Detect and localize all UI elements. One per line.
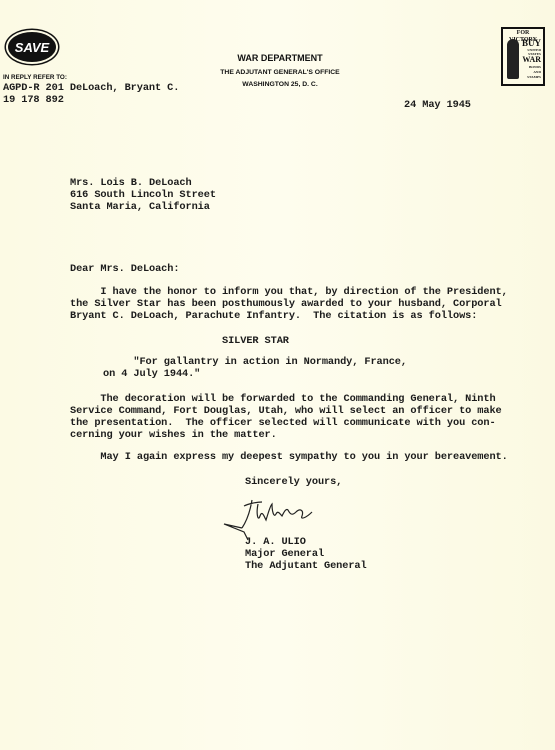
citation-line-1: "For gallantry in action in Normandy, Fr…: [103, 356, 407, 369]
reference-label: IN REPLY REFER TO:: [3, 74, 67, 81]
body-paragraph-1-line-2: the Silver Star has been posthumously aw…: [70, 298, 502, 311]
reference-file: AGPD-R 201 DeLoach, Bryant C.: [3, 82, 179, 95]
save-conservation-seal-icon: SAVE: [6, 30, 58, 64]
letterhead-department: WAR DEPARTMENT: [180, 53, 380, 63]
stamp-and: AND: [533, 70, 541, 74]
body-paragraph-2-line-3: the presentation. The officer selected w…: [70, 417, 496, 430]
recipient-street: 616 South Lincoln Street: [70, 189, 216, 202]
salutation: Dear Mrs. DeLoach:: [70, 263, 179, 276]
letter-date: 24 May 1945: [404, 99, 471, 112]
war-bonds-stamp: FOR VICTORY BUY UNITED STATES WAR BONDS …: [501, 27, 545, 86]
citation-line-2: on 4 July 1944.": [103, 368, 200, 381]
letterhead-office: THE ADJUTANT GENERAL'S OFFICE: [180, 69, 380, 76]
body-paragraph-3: May I again express my deepest sympathy …: [70, 451, 508, 464]
letterhead-address: WASHINGTON 25, D. C.: [180, 81, 380, 88]
body-paragraph-2-line-2: Service Command, Fort Douglas, Utah, who…: [70, 405, 502, 418]
recipient-name: Mrs. Lois B. DeLoach: [70, 177, 192, 190]
handwritten-signature-icon: [222, 492, 332, 542]
stamp-stamps: STAMPS: [527, 75, 541, 79]
signer-rank: Major General: [245, 548, 324, 561]
stamp-buy: BUY: [522, 39, 541, 48]
reference-serial: 19 178 892: [3, 94, 64, 107]
closing: Sincerely yours,: [245, 476, 342, 489]
stamp-bonds: BONDS: [529, 65, 541, 69]
save-logo-text: SAVE: [15, 40, 49, 55]
letter-paper: [0, 0, 555, 750]
minuteman-statue-icon: [507, 39, 519, 79]
body-paragraph-2-line-1: The decoration will be forwarded to the …: [70, 393, 496, 406]
recipient-city: Santa Maria, California: [70, 201, 210, 214]
body-paragraph-2-line-4: cerning your wishes in the matter.: [70, 429, 277, 442]
signer-title: The Adjutant General: [245, 560, 367, 573]
body-paragraph-1-line-3: Bryant C. DeLoach, Parachute Infantry. T…: [70, 310, 477, 323]
signer-name: J. A. ULIO: [245, 536, 306, 549]
body-paragraph-1-line-1: I have the honor to inform you that, by …: [70, 286, 508, 299]
award-title: SILVER STAR: [222, 335, 289, 348]
stamp-war: WAR: [522, 56, 541, 64]
